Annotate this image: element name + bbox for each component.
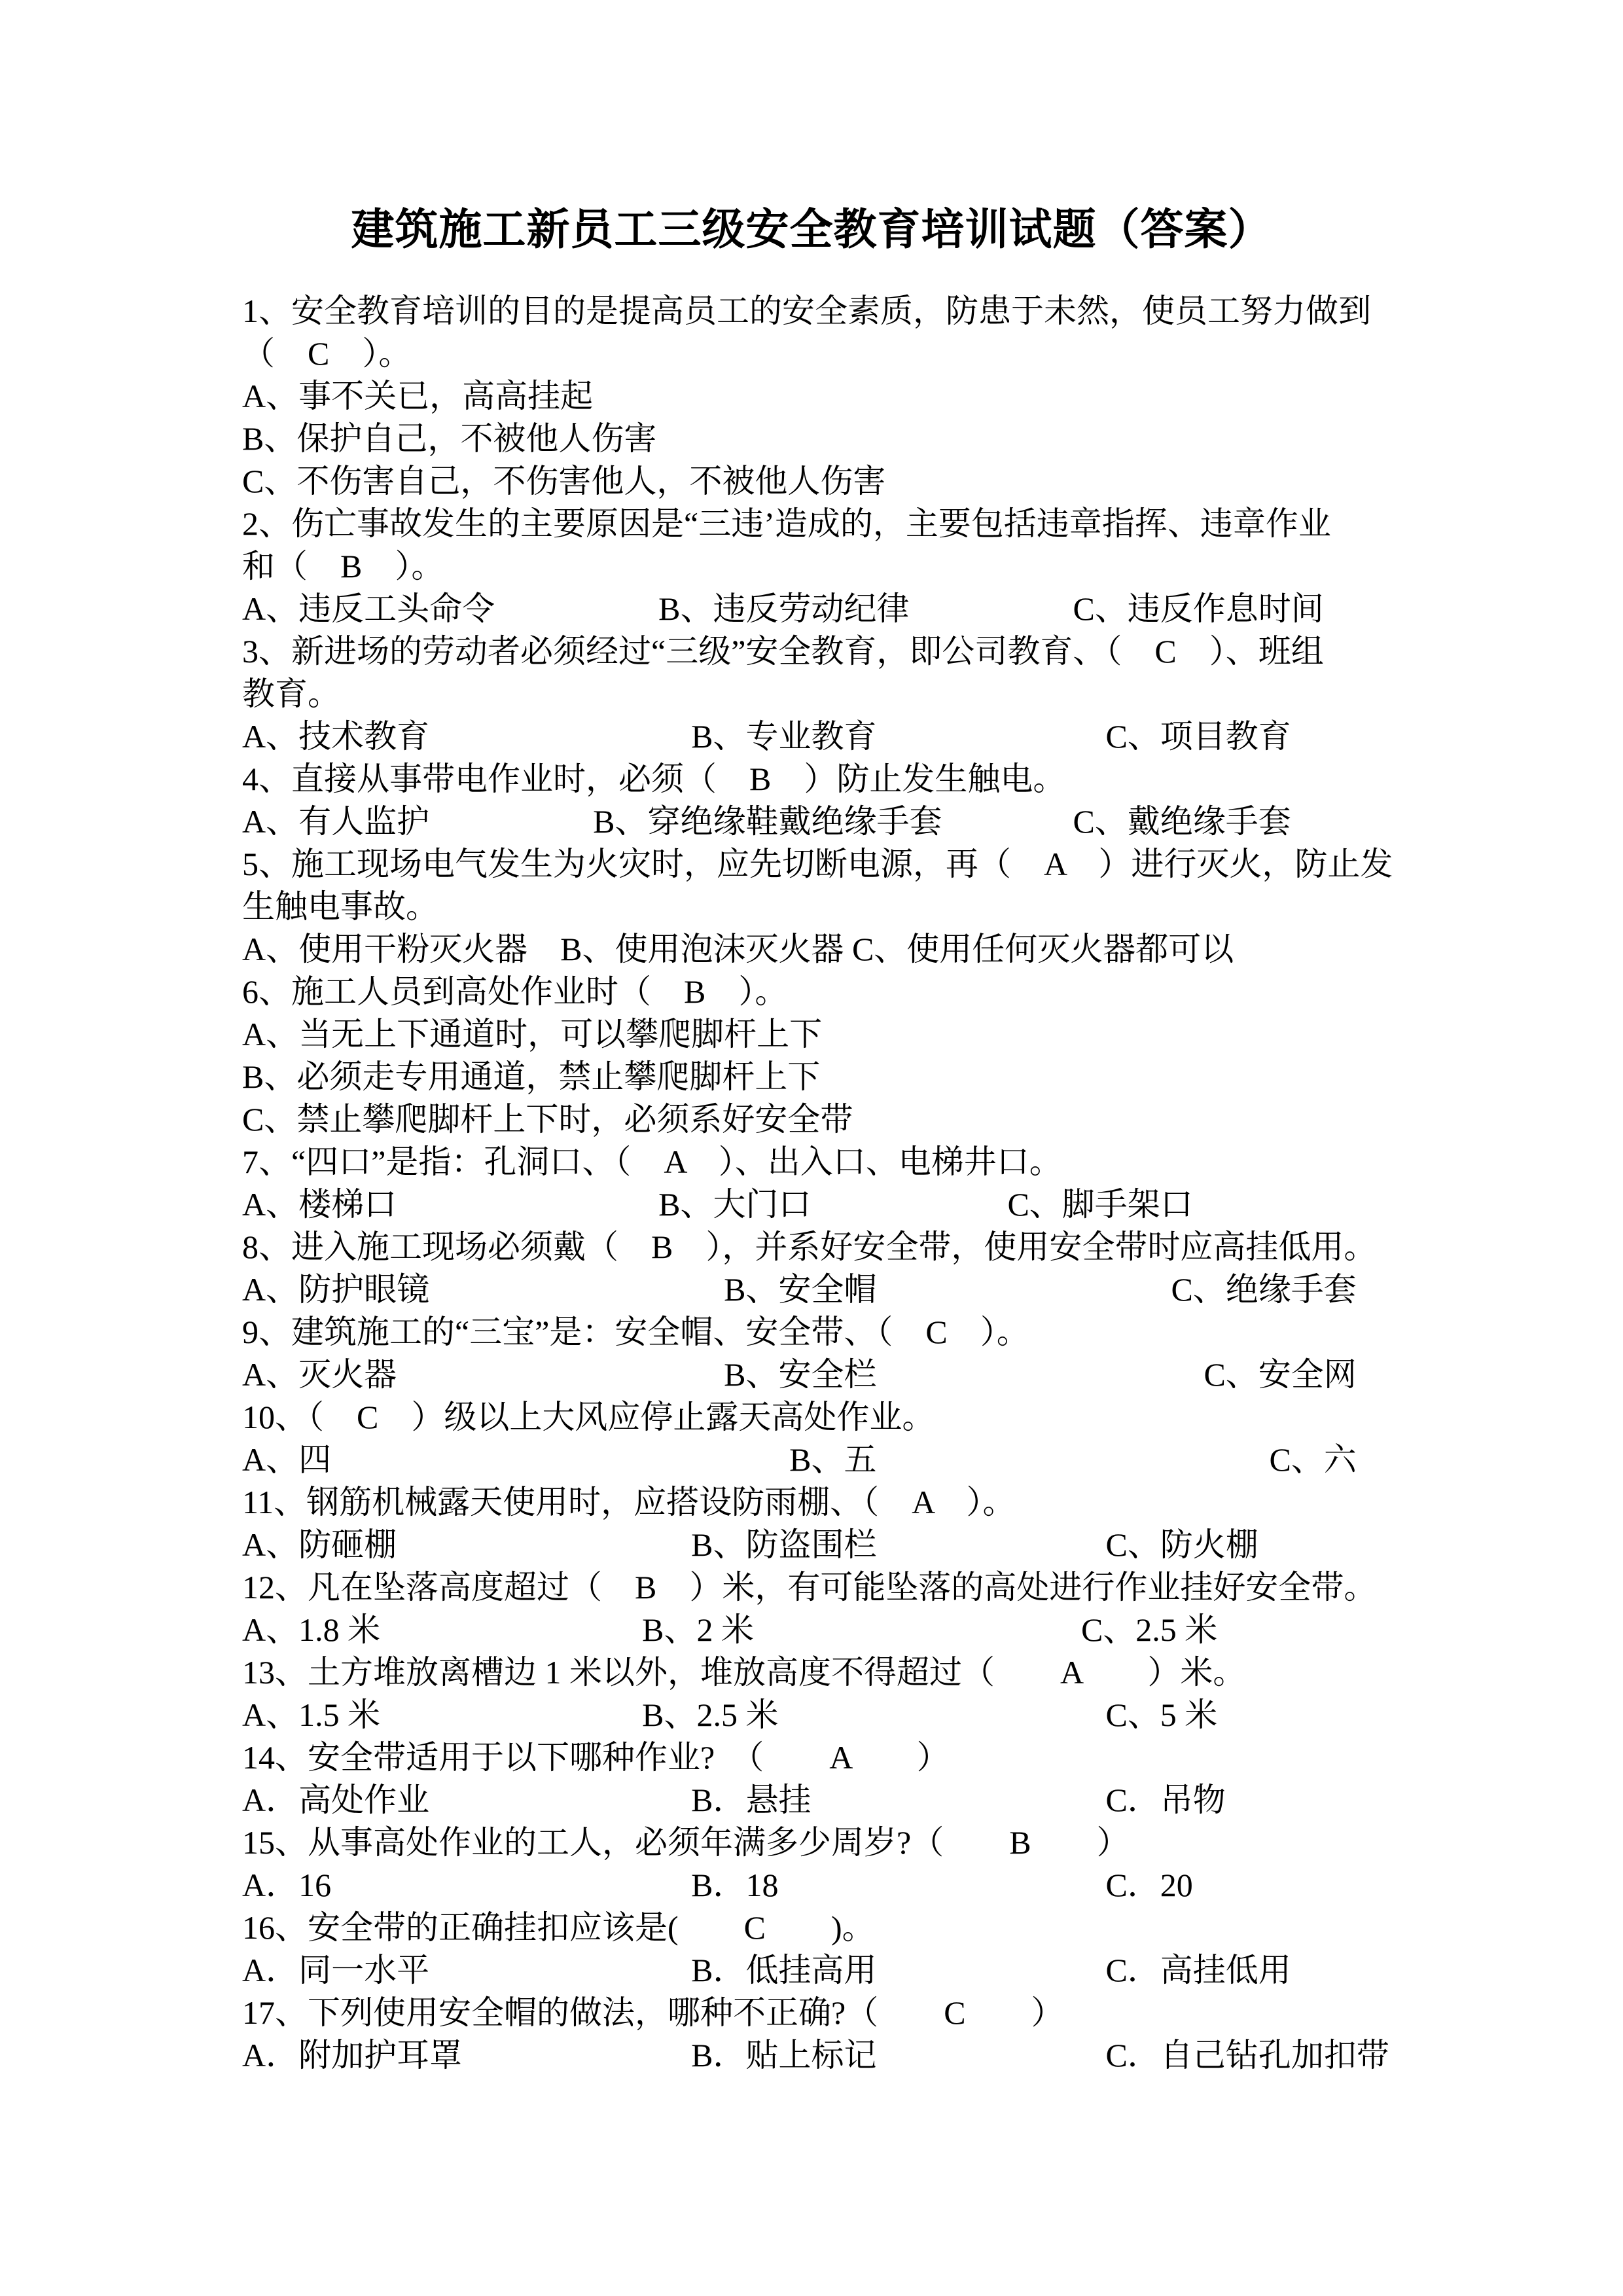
text-line: 2、伤亡事故发生的主要原因是“三违’造成的，主要包括违章指挥、违章作业 — [242, 503, 1394, 545]
text-line: A、违反工头命令 B、违反劳动纪律 C、违反作息时间 — [242, 588, 1394, 630]
text-line: 12、凡在坠落高度超过（ B ）米，有可能坠落的高处进行作业挂好安全带。 — [242, 1566, 1394, 1609]
text-line: 1、安全教育培训的目的是提高员工的安全素质，防患于未然，使员工努力做到 — [242, 290, 1394, 332]
text-line: A、事不关已，高高挂起 — [242, 375, 1394, 418]
text-line: 教育。 — [242, 673, 1394, 715]
text-line: 7、“四口”是指：孔洞口、（ A ）、出入口、电梯井口。 — [242, 1141, 1394, 1183]
text-line: 17、下列使用安全帽的做法，哪种不正确?（ C ） — [242, 1992, 1394, 2034]
text-line: 10、（ C ）级以上大风应停止露天高处作业。 — [242, 1396, 1394, 1439]
text-line: 14、安全带适用于以下哪种作业? （ A ） — [242, 1736, 1394, 1779]
text-line: A．高处作业 B．悬挂 C．吊物 — [242, 1779, 1394, 1821]
text-line: C、禁止攀爬脚杆上下时，必须系好安全带 — [242, 1098, 1394, 1141]
text-line: 和（ B ）。 — [242, 545, 1394, 588]
text-line: A、灭火器 B、安全栏 C、安全网 — [242, 1354, 1394, 1396]
text-line: 6、施工人员到高处作业时（ B ）。 — [242, 971, 1394, 1013]
text-line: 8、进入施工现场必须戴（ B ），并系好安全带，使用安全带时应高挂低用。 — [242, 1226, 1394, 1268]
text-line: （ C ）。 — [242, 332, 1394, 375]
text-line: 生触电事故。 — [242, 886, 1394, 928]
text-line: A．同一水平 B．低挂高用 C．高挂低用 — [242, 1949, 1394, 1992]
text-line: 11、钢筋机械露天使用时，应搭设防雨棚、（ A ）。 — [242, 1481, 1394, 1524]
text-line: 3、新进场的劳动者必须经过“三级”安全教育，即公司教育、（ C ）、班组 — [242, 630, 1394, 673]
text-line: A、有人监护 B、穿绝缘鞋戴绝缘手套 C、戴绝缘手套 — [242, 800, 1394, 843]
text-line: A、四 B、五 C、六 — [242, 1439, 1394, 1481]
text-line: 5、施工现场电气发生为火灾时，应先切断电源，再（ A ）进行灭火，防止发 — [242, 843, 1394, 886]
text-line: A．16 B．18 C．20 — [242, 1864, 1394, 1907]
text-line: A、防护眼镜 B、安全帽 C、绝缘手套 — [242, 1268, 1394, 1311]
text-line: 4、直接从事带电作业时，必须（ B ）防止发生触电。 — [242, 758, 1394, 800]
text-line: A．附加护耳罩 B．贴上标记 C．自己钻孔加扣带 — [242, 2034, 1394, 2077]
document-body: 1、安全教育培训的目的是提高员工的安全素质，防患于未然，使员工努力做到（ C ）… — [242, 290, 1394, 2077]
text-line: A、1.5 米 B、2.5 米 C、5 米 — [242, 1694, 1394, 1736]
text-line: 13、土方堆放离槽边 1 米以外，堆放高度不得超过（ A ）米。 — [242, 1651, 1394, 1694]
text-line: 16、安全带的正确挂扣应该是( C )。 — [242, 1907, 1394, 1949]
text-line: A、防砸棚 B、防盗围栏 C、防火棚 — [242, 1524, 1394, 1566]
text-line: 15、从事高处作业的工人，必须年满多少周岁?（ B ） — [242, 1821, 1394, 1864]
text-line: B、保护自己，不被他人伤害 — [242, 418, 1394, 460]
text-line: A、楼梯口 B、大门口 C、脚手架口 — [242, 1183, 1394, 1226]
text-line: A、当无上下通道时，可以攀爬脚杆上下 — [242, 1013, 1394, 1056]
text-line: A、技术教育 B、专业教育 C、项目教育 — [242, 715, 1394, 758]
text-line: A、1.8 米 B、2 米 C、2.5 米 — [242, 1609, 1394, 1651]
text-line: 9、建筑施工的“三宝”是：安全帽、安全带、（ C ）。 — [242, 1311, 1394, 1354]
document-title: 建筑施工新员工三级安全教育培训试题（答案） — [0, 204, 1623, 257]
text-line: B、必须走专用通道，禁止攀爬脚杆上下 — [242, 1056, 1394, 1098]
document-page: 建筑施工新员工三级安全教育培训试题（答案） 1、安全教育培训的目的是提高员工的安… — [0, 0, 1623, 2296]
text-line: C、不伤害自己，不伤害他人，不被他人伤害 — [242, 460, 1394, 503]
text-line: A、使用干粉灭火器 B、使用泡沫灭火器 C、使用任何灭火器都可以 — [242, 928, 1394, 971]
